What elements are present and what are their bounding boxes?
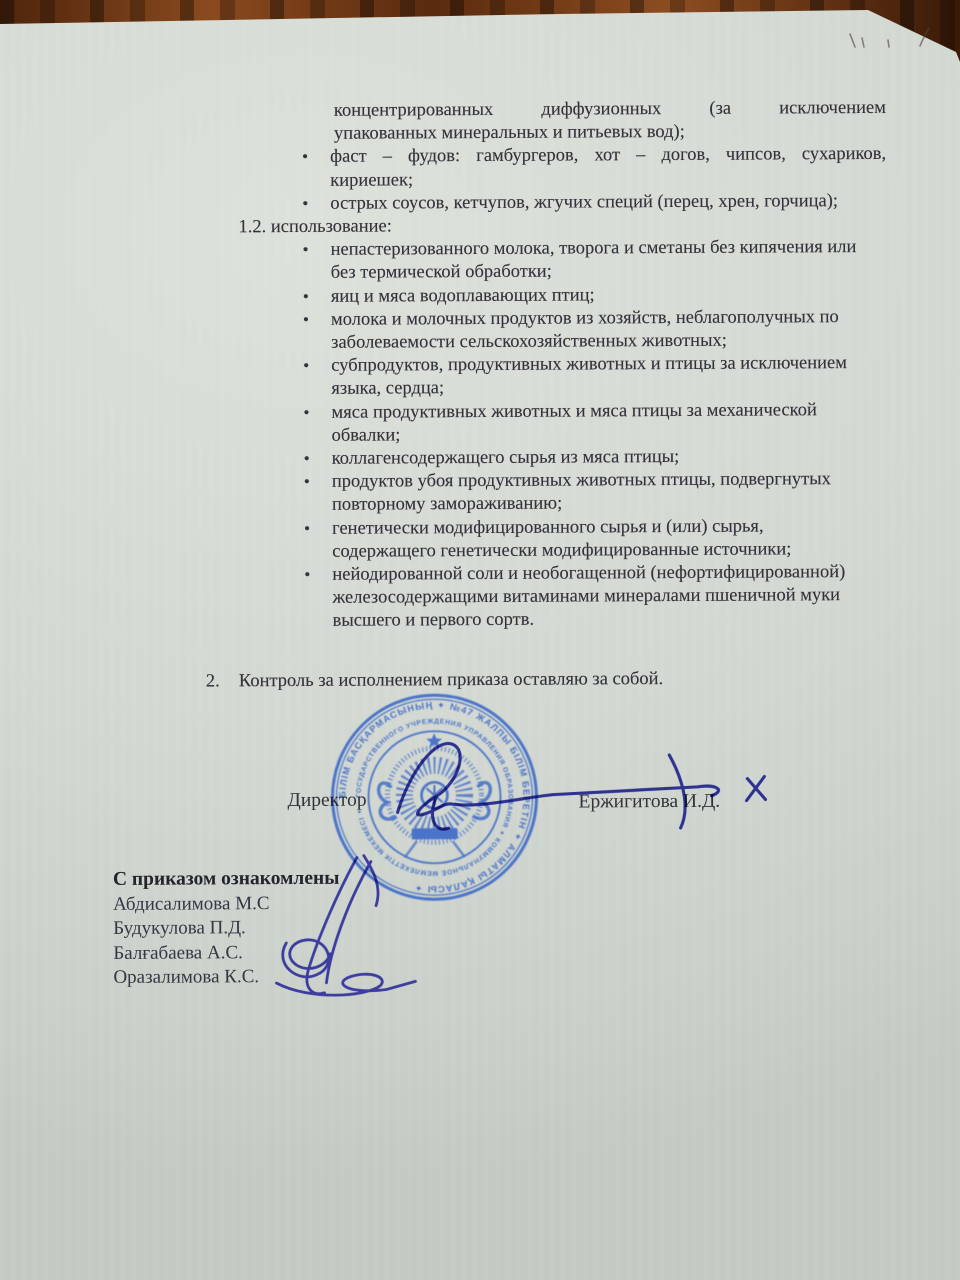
order-body-text: концентрированных диффузионных (за исклю…	[238, 97, 911, 634]
bullet-dot: •	[303, 308, 309, 331]
text-line: концентрированных диффузионных (за исклю…	[334, 97, 886, 123]
bullet-dot: •	[303, 354, 309, 377]
text-line: коллагенсодержащего сырья из мяса птицы;	[332, 445, 910, 471]
bullet-dot: •	[304, 447, 310, 470]
text-line: яиц и мяса водоплавающих птиц;	[331, 282, 909, 308]
text-line: острых соусов, кетчупов, жгучих специй (…	[330, 190, 908, 216]
bullet-item: • нейодированной соли и необогащенной (н…	[240, 561, 910, 634]
document-content: концентрированных диффузионных (за исклю…	[0, 0, 960, 1280]
text-line: фаст – фудов: гамбургеров, хот – догов, …	[330, 143, 886, 169]
clause-2: 2.Контроль за исполнением приказа оставл…	[206, 668, 663, 694]
clause-2-text: Контроль за исполнением приказа оставляю…	[239, 669, 663, 691]
bullet-dot: •	[303, 285, 309, 308]
text-line: непастеризованного молока, творога и сме…	[331, 236, 909, 262]
bullet-item: • непастеризованного молока, творога и с…	[239, 236, 909, 286]
text-line: железосодержащими витаминами минералами …	[332, 584, 910, 610]
text-line: заболеваемости сельскохозяйственных живо…	[331, 329, 909, 355]
paragraph-continuation: концентрированных диффузионных (за исклю…	[334, 97, 908, 146]
text-line: нейодированной соли и необогащенной (неф…	[332, 561, 910, 587]
text-line: языка, сердца;	[331, 375, 909, 401]
bullet-dot: •	[302, 145, 308, 168]
acknowledgement-ink-signature	[245, 853, 431, 1009]
text-line: мяса продуктивных животных и мяса птицы …	[331, 398, 909, 424]
bullet-dot: •	[304, 517, 310, 540]
clause-1-2-heading: 1.2. использование:	[238, 213, 908, 240]
text-line: без термической обработки;	[331, 259, 909, 285]
bullet-item: • коллагенсодержащего сырья из мяса птиц…	[240, 445, 910, 472]
photographed-document: концентрированных диффузионных (за исклю…	[0, 0, 960, 1280]
bullet-item: • фаст – фудов: гамбургеров, хот – догов…	[238, 143, 908, 193]
text-line: кириешек;	[330, 166, 908, 192]
text-line: субпродуктов, продуктивных животных и пт…	[331, 352, 909, 378]
bullet-item: • молока и молочных продуктов из хозяйст…	[239, 306, 909, 356]
bullet-item: • продуктов убоя продуктивных животных п…	[240, 468, 910, 518]
bullet-item: • генетически модифицированного сырья и …	[240, 514, 910, 564]
text-line: содержащего генетически модифицированные…	[332, 538, 910, 564]
bullet-item: • мяса продуктивных животных и мяса птиц…	[239, 398, 909, 448]
text-line: молока и молочных продуктов из хозяйств,…	[331, 306, 909, 332]
director-ink-signature	[339, 698, 790, 850]
bullet-item: • субпродуктов, продуктивных животных и …	[239, 352, 909, 402]
text-line: обвалки;	[332, 422, 910, 448]
bullet-dot: •	[303, 238, 309, 261]
bullet-dot: •	[302, 192, 308, 215]
bullet-dot: •	[303, 401, 309, 424]
bullet-dot: •	[304, 470, 310, 493]
bullet-dot: •	[304, 563, 310, 586]
text-line: упакованных минеральных и питьевых вод);	[334, 120, 908, 146]
bullet-item: • яиц и мяса водоплавающих птиц;	[239, 282, 909, 309]
clause-2-number: 2.	[206, 670, 239, 693]
bullet-item: • острых соусов, кетчупов, жгучих специй…	[238, 190, 908, 217]
text-line: повторному замораживанию;	[332, 491, 910, 517]
text-line: продуктов убоя продуктивных животных пти…	[332, 468, 910, 494]
text-line: высшего и первого сортв.	[333, 607, 911, 633]
text-line: генетически модифицированного сырья и (и…	[332, 514, 910, 540]
